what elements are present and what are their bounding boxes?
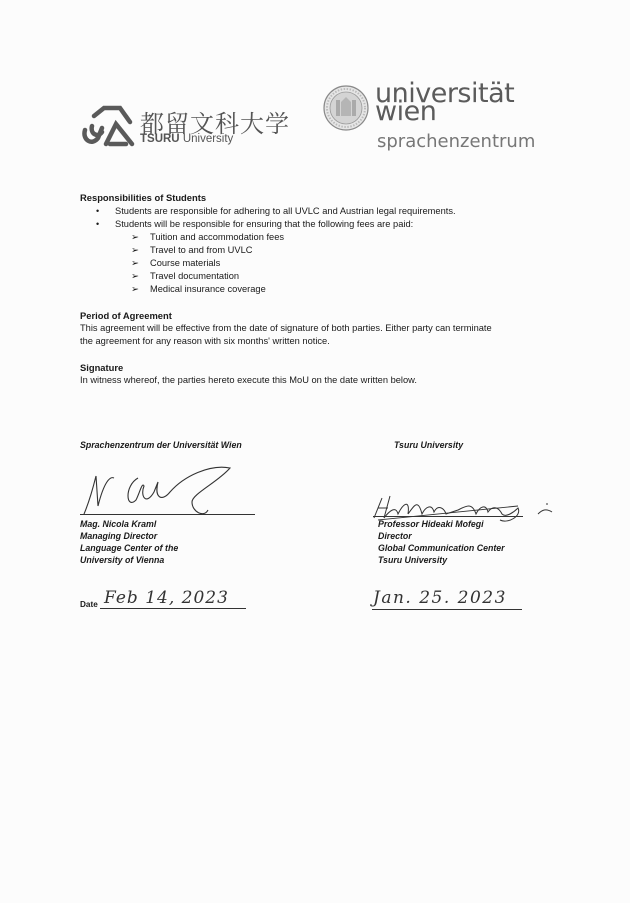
left-party-signature — [80, 462, 240, 520]
arrow-bullet-icon: ➢ — [131, 284, 139, 295]
university-of-vienna-seal-icon — [322, 84, 370, 132]
signature-text: In witness whereof, the parties hereto e… — [80, 374, 417, 387]
left-signatory-name: Mag. Nicola Kraml — [80, 518, 156, 531]
responsibilities-heading: Responsibilities of Students — [80, 192, 206, 203]
arrow-bullet-icon: ➢ — [131, 258, 139, 269]
signature-heading: Signature — [80, 362, 123, 373]
tsuru-university-logo-icon — [80, 104, 136, 148]
arrow-bullet-icon: ➢ — [131, 245, 139, 256]
right-signatory-dept2: Tsuru University — [378, 554, 447, 567]
wien-logo-line2: wien — [375, 100, 436, 124]
arrow-bullet-icon: ➢ — [131, 271, 139, 282]
period-heading: Period of Agreement — [80, 310, 172, 321]
bullet-icon: • — [96, 206, 99, 216]
left-signatory-title: Managing Director — [80, 530, 157, 543]
left-date-label: Date — [80, 600, 98, 609]
right-signatory-name: Professor Hideaki Mofegi — [378, 518, 484, 531]
fee-item: Travel to and from UVLC — [150, 245, 252, 255]
right-date-handwritten: Jan. 25. 2023 — [373, 588, 507, 608]
left-signature-line — [80, 514, 255, 515]
period-text-line2: the agreement for any reason with six mo… — [80, 335, 330, 348]
right-party-org: Tsuru University — [394, 439, 463, 452]
fee-item: Medical insurance coverage — [150, 284, 266, 294]
fee-item: Course materials — [150, 258, 220, 268]
arrow-bullet-icon: ➢ — [131, 232, 139, 243]
left-date-line — [100, 608, 246, 609]
right-signatory-dept1: Global Communication Center — [378, 542, 505, 555]
fee-item: Travel documentation — [150, 271, 239, 281]
left-signatory-dept1: Language Center of the — [80, 542, 178, 555]
left-party-org: Sprachenzentrum der Universität Wien — [80, 439, 242, 452]
right-date-line — [372, 609, 522, 610]
period-text-line1: This agreement will be effective from th… — [80, 322, 492, 335]
fee-item: Tuition and accommodation fees — [150, 232, 284, 242]
left-signatory-dept2: University of Vienna — [80, 554, 164, 567]
bullet-icon: • — [96, 219, 99, 229]
right-signature-line — [373, 516, 523, 517]
left-date-handwritten: Feb 14, 2023 — [104, 588, 229, 608]
wien-logo-line3: sprachenzentrum — [377, 131, 535, 152]
right-signatory-title: Director — [378, 530, 412, 543]
tsuru-logo-english: TSURU University — [140, 133, 233, 145]
responsibility-item: Students are responsible for adhering to… — [115, 206, 456, 216]
responsibility-item: Students will be responsible for ensurin… — [115, 219, 413, 229]
